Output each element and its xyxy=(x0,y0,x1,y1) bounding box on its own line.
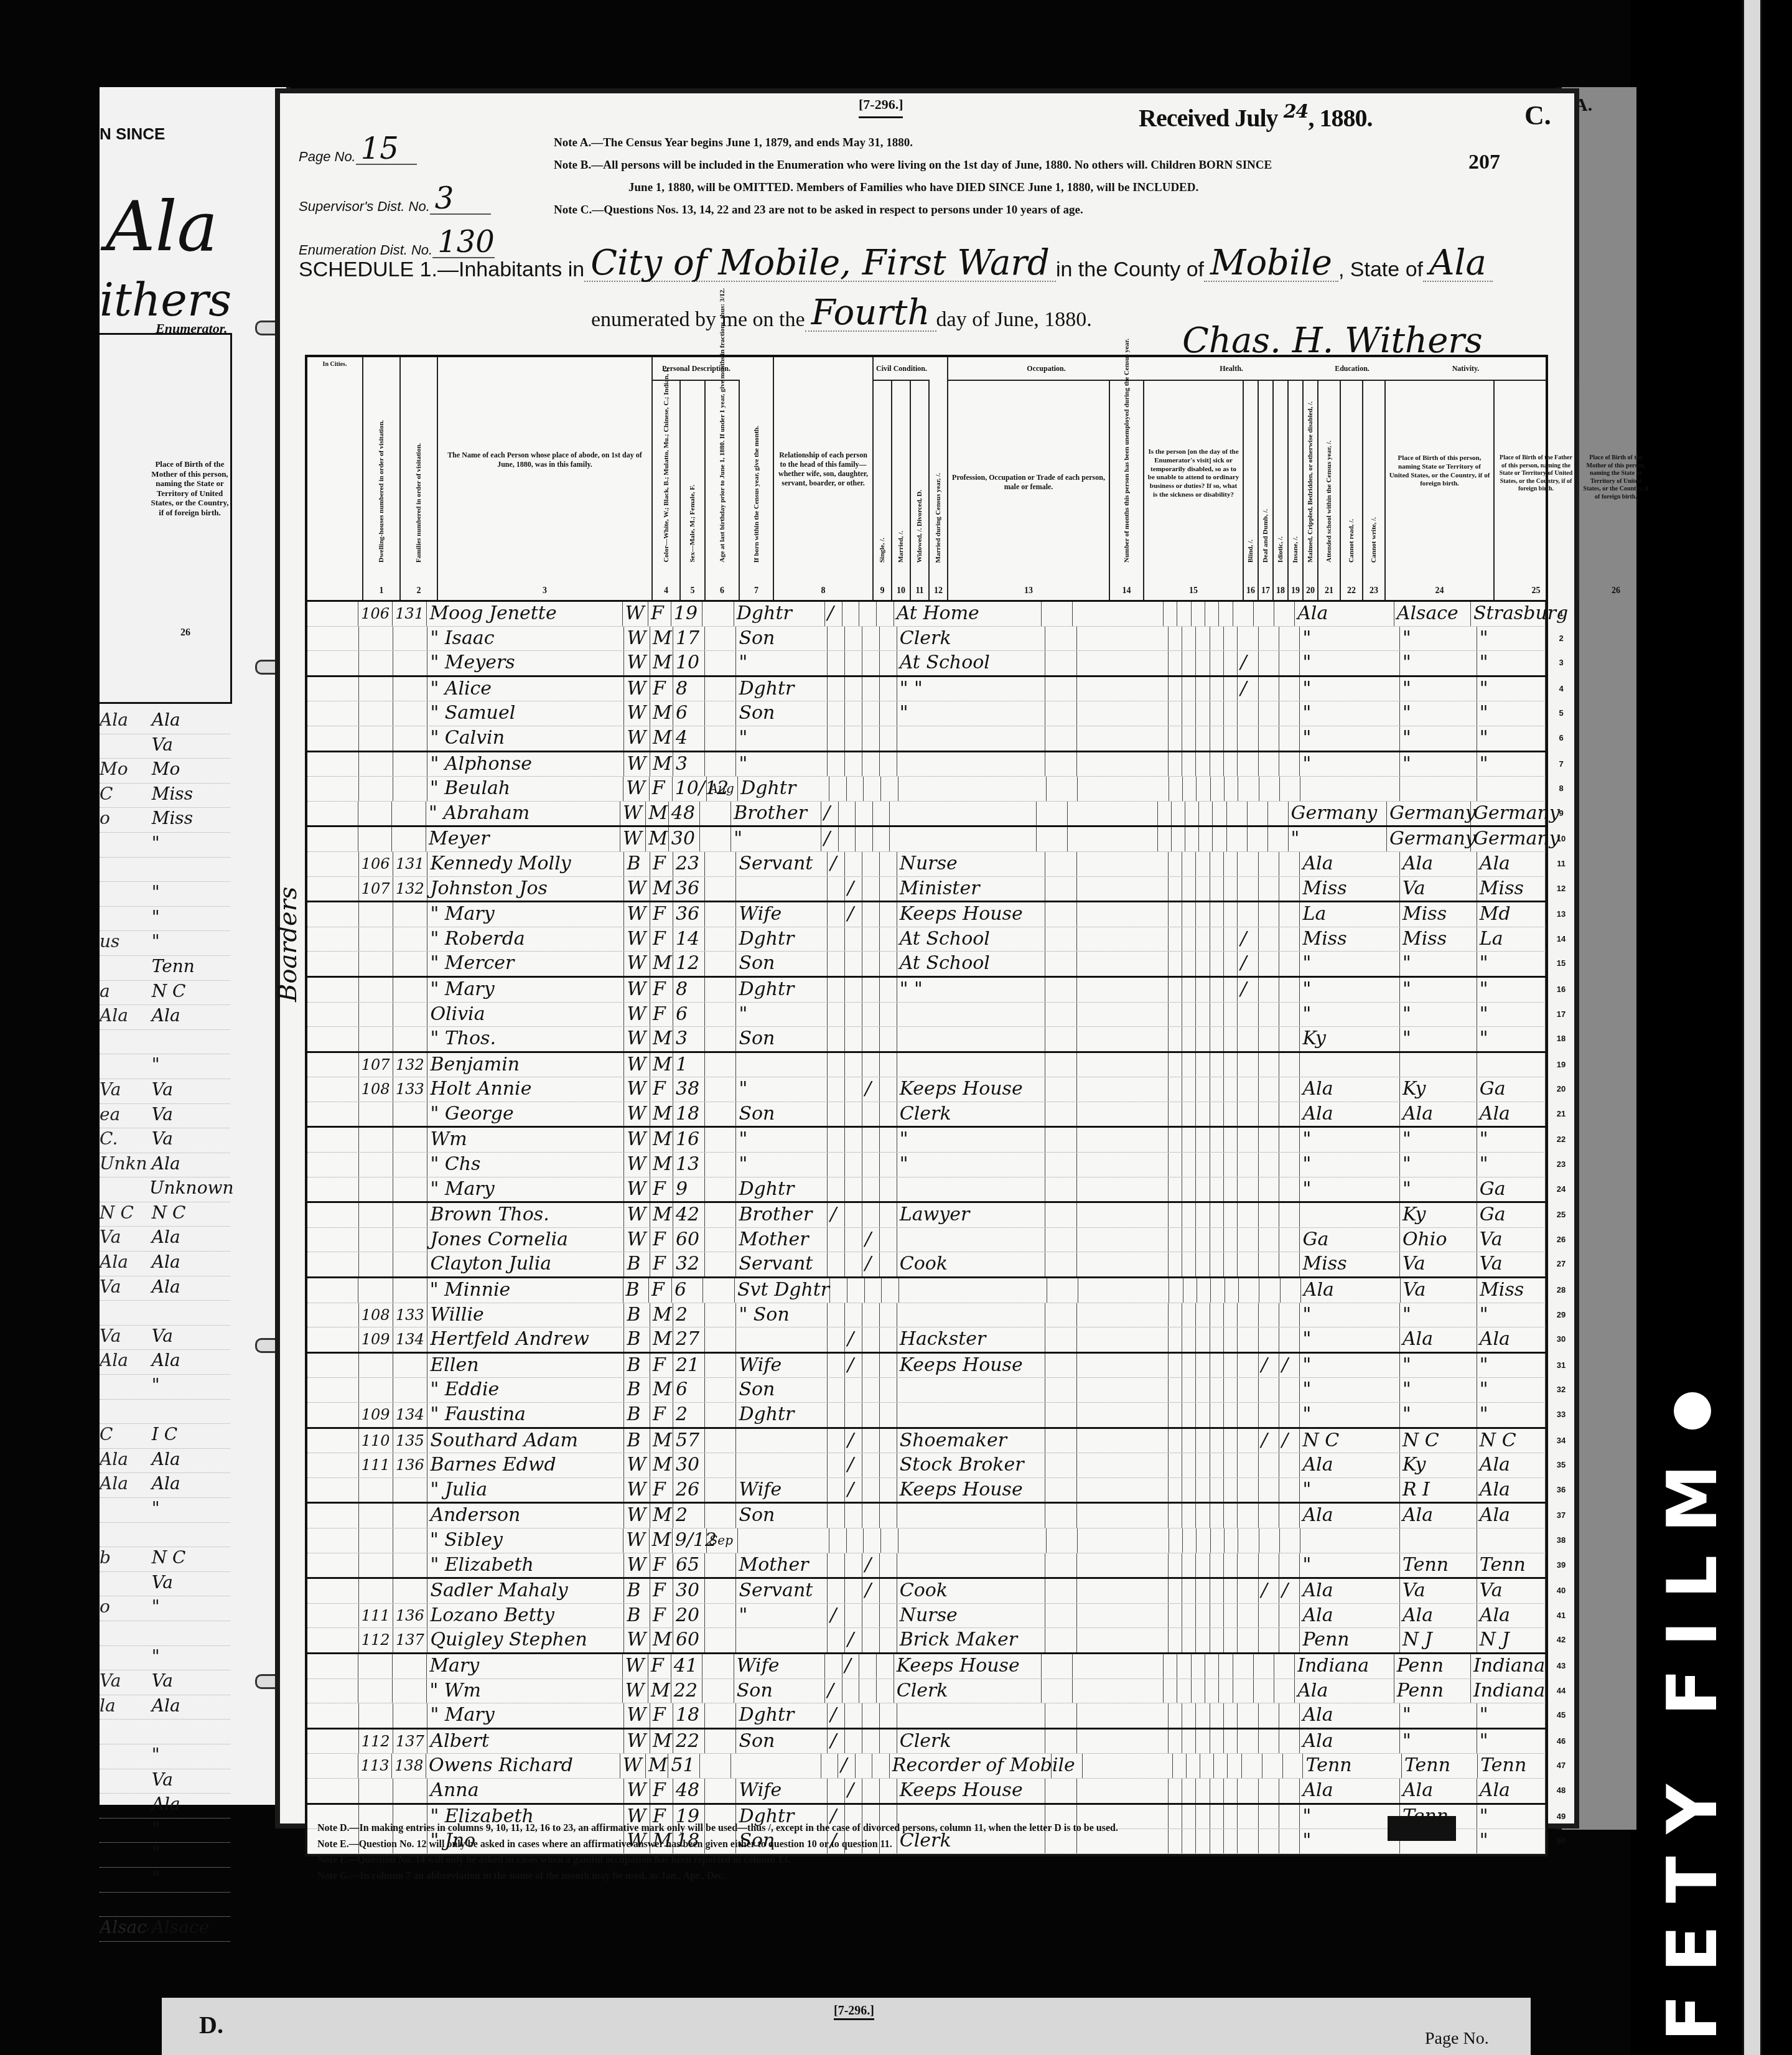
left-page-row xyxy=(100,1301,230,1326)
relationship-cell: " xyxy=(736,726,828,751)
father-birthplace-fragment xyxy=(100,833,148,857)
mother-birthplace-cell: " xyxy=(148,1375,230,1399)
father-birthplace-cell: " xyxy=(1400,1378,1477,1402)
family-number-cell xyxy=(393,677,427,701)
father-birthplace-fragment xyxy=(100,1572,148,1596)
widowed-cell xyxy=(859,1679,877,1703)
birthplace-cell: " xyxy=(1300,1354,1400,1378)
mother-birthplace-cell: I C xyxy=(148,1424,230,1448)
married-census-year-cell xyxy=(877,1679,894,1703)
blind-cell xyxy=(1169,1378,1182,1402)
single-cell xyxy=(828,1027,845,1051)
blind-cell xyxy=(1169,701,1182,726)
dwelling-number-cell xyxy=(358,1278,393,1303)
occupation-cell: " xyxy=(897,1153,1045,1177)
birth-month-cell xyxy=(705,1102,737,1126)
married-cell xyxy=(845,1303,862,1327)
cannot-read-cell xyxy=(1259,1779,1279,1803)
supervisor-district-field: Supervisor's Dist. No. 3 xyxy=(299,184,491,215)
blind-cell xyxy=(1164,1679,1177,1703)
attended-school-cell xyxy=(1238,1102,1258,1126)
married-census-year-cell xyxy=(881,1528,898,1553)
unemployed-cell xyxy=(1045,1579,1077,1603)
age-cell: 14 xyxy=(673,927,705,952)
col-3-num: 3 xyxy=(438,586,651,596)
col-13-label: Profession, Occupation or Trade of each … xyxy=(951,473,1106,492)
age-cell: 30 xyxy=(669,827,700,851)
occupation-cell: Recorder of Mobile xyxy=(890,1754,1052,1778)
insane-cell xyxy=(1210,1053,1224,1077)
cannot-read-cell xyxy=(1259,777,1280,801)
married-census-year-cell xyxy=(880,1604,897,1628)
deaf-cell xyxy=(1182,1429,1196,1453)
mother-birthplace-cell: " xyxy=(148,931,230,955)
family-number-cell xyxy=(393,1553,427,1578)
mother-birthplace-cell: Tenn xyxy=(1478,1754,1546,1778)
maimed-cell xyxy=(1224,1429,1238,1453)
col-maimed: Maimed, Crippled, Bedridden, or otherwis… xyxy=(1304,380,1318,600)
birthplace-cell: " xyxy=(1300,1478,1400,1502)
color-cell: W xyxy=(624,1779,650,1803)
dwelling-number-cell: 107 xyxy=(359,1053,393,1077)
birth-month-cell xyxy=(705,1703,737,1728)
birth-month-cell xyxy=(705,1429,737,1453)
attended-school-cell xyxy=(1238,1478,1258,1502)
family-number-cell: 136 xyxy=(393,1604,427,1628)
idiotic-cell xyxy=(1196,726,1210,751)
place-value: City of Mobile, First Ward xyxy=(584,246,1056,282)
col-4-label: Color—White, W.; Black, B.; Mulatto, Mu.… xyxy=(663,368,670,563)
birth-month-cell xyxy=(705,1478,737,1502)
sickness-cell xyxy=(1077,852,1169,876)
table-row: 107132BenjaminWM119 xyxy=(307,1053,1546,1078)
married-cell xyxy=(842,602,860,626)
col-22-num: 22 xyxy=(1341,586,1362,596)
color-cell: W xyxy=(624,1228,650,1252)
col-20-num: 20 xyxy=(1304,586,1317,596)
mother-birthplace-cell: " xyxy=(1477,1378,1546,1402)
name-cell: " Alice xyxy=(427,677,624,701)
attended-school-cell xyxy=(1238,902,1258,927)
insane-cell xyxy=(1210,877,1224,901)
insane-cell xyxy=(1210,701,1224,726)
col-12-label: Married during Census year, /. xyxy=(935,473,942,563)
maimed-cell xyxy=(1224,927,1238,952)
attended-school-cell xyxy=(1238,1528,1259,1553)
next-page-label: Page No. xyxy=(1425,2029,1489,2049)
father-birthplace-fragment: Ala xyxy=(100,1350,148,1374)
maimed-cell xyxy=(1224,1177,1238,1202)
name-cell: " Alphonse xyxy=(427,752,624,777)
single-cell: / xyxy=(821,827,839,851)
blind-cell xyxy=(1169,1252,1182,1276)
occupation-cell: " xyxy=(897,701,1045,726)
line-number: 17 xyxy=(1552,1003,1570,1026)
street-cell xyxy=(307,627,359,651)
cannot-write-cell xyxy=(1280,1528,1300,1553)
age-cell: 6 xyxy=(673,701,705,726)
single-cell xyxy=(828,1153,845,1177)
married-census-year-cell xyxy=(880,677,897,701)
table-row: EllenBF21Wife/Keeps House//"""31 xyxy=(307,1354,1546,1379)
name-cell: Lozano Betty xyxy=(427,1604,624,1628)
col-sex: Sex—Male, M.; Female, F. 5 xyxy=(681,380,706,600)
dwelling-number-cell: 113 xyxy=(358,1754,393,1778)
attended-school-cell xyxy=(1238,726,1258,751)
blind-cell xyxy=(1169,1579,1182,1603)
left-page-row xyxy=(100,1400,230,1425)
mother-birthplace-cell: Ala xyxy=(148,1794,230,1818)
color-cell: W xyxy=(620,827,646,851)
married-census-year-cell xyxy=(880,1354,897,1378)
relationship-cell: " xyxy=(736,1128,828,1152)
cannot-read-cell xyxy=(1259,877,1279,901)
age-cell: 10/12 xyxy=(673,777,707,801)
dwelling-number-cell xyxy=(359,1153,393,1177)
col-9-label: Single, /. xyxy=(879,538,886,563)
father-birthplace-cell: Tenn xyxy=(1400,1553,1477,1578)
sex-cell: M xyxy=(650,877,673,901)
table-row: " MaryWF36Wife/Keeps HouseLaMissMd13 xyxy=(307,902,1546,927)
line-number: 41 xyxy=(1552,1604,1570,1627)
occupation-cell: Keeps House xyxy=(897,1354,1045,1378)
county-label: in the County of xyxy=(1056,258,1204,282)
street-cell xyxy=(307,1252,359,1276)
insane-cell xyxy=(1210,1027,1224,1051)
married-cell xyxy=(847,777,864,801)
street-cell xyxy=(307,952,359,976)
father-birthplace-fragment: a xyxy=(100,981,148,1005)
note-a: Note A.—The Census Year begins June 1, 1… xyxy=(554,132,1462,154)
left-page-row: Va xyxy=(100,734,230,759)
widowed-cell xyxy=(862,1504,880,1528)
blind-cell xyxy=(1169,1077,1182,1102)
family-number-cell xyxy=(393,651,427,675)
relationship-cell: Wife xyxy=(736,1779,828,1803)
name-cell: Albert xyxy=(427,1730,624,1754)
insane-cell xyxy=(1210,1327,1224,1352)
cannot-write-cell xyxy=(1279,1478,1300,1502)
mother-birthplace-cell xyxy=(148,1030,230,1054)
married-cell: / xyxy=(845,1628,862,1652)
name-cell: Anderson xyxy=(427,1504,624,1528)
line-number: 2 xyxy=(1552,627,1570,650)
age-cell: 13 xyxy=(673,1153,705,1177)
line-number: 37 xyxy=(1552,1504,1570,1527)
insane-cell xyxy=(1210,1403,1224,1427)
father-birthplace-fragment xyxy=(100,1769,148,1794)
mother-birthplace-cell: Ala xyxy=(1477,1327,1546,1352)
cannot-write-cell xyxy=(1279,877,1300,901)
relationship-cell: Mother xyxy=(736,1553,828,1578)
family-number-cell xyxy=(392,827,426,851)
form-code: [7-296.] xyxy=(859,96,903,118)
cannot-read-cell xyxy=(1259,1604,1279,1628)
married-census-year-cell xyxy=(877,1654,894,1678)
blind-cell xyxy=(1169,1228,1182,1252)
line-number: 35 xyxy=(1552,1453,1570,1477)
unemployed-cell xyxy=(1052,1754,1083,1778)
birthplace-cell: Penn xyxy=(1300,1628,1400,1652)
married-census-year-cell xyxy=(880,978,897,1002)
line-number: 11 xyxy=(1552,852,1570,876)
father-birthplace-fragment xyxy=(100,858,148,882)
insane-cell xyxy=(1210,651,1224,675)
single-cell xyxy=(828,726,845,751)
dwelling-number-cell xyxy=(359,726,393,751)
mother-birthplace-cell xyxy=(148,1893,230,1917)
mother-birthplace-cell: Va xyxy=(148,1104,230,1128)
age-cell: 19 xyxy=(671,602,702,626)
table-row: 109134Hertfeld AndrewBM27/Hackster"AlaAl… xyxy=(307,1327,1546,1354)
insane-cell xyxy=(1210,1504,1224,1528)
note-f: Note F.—Question No. 14 will only be ask… xyxy=(317,1852,1437,1868)
received-year: , 1880. xyxy=(1308,104,1372,132)
family-number-cell: 132 xyxy=(393,877,427,901)
dwelling-number-cell xyxy=(359,627,393,651)
family-number-cell xyxy=(393,1177,427,1202)
relationship-cell: Brother xyxy=(731,802,821,826)
line-number: 26 xyxy=(1552,1228,1570,1252)
father-birthplace-fragment xyxy=(100,1498,148,1522)
cannot-write-cell xyxy=(1279,701,1300,726)
table-row: 111136Barnes EdwdWM30/Stock BrokerAlaKyA… xyxy=(307,1453,1546,1478)
left-page-row: Tenn xyxy=(100,956,230,981)
street-cell xyxy=(307,651,359,675)
single-cell: / xyxy=(821,802,839,826)
deaf-cell xyxy=(1182,978,1196,1002)
widowed-cell xyxy=(862,1128,880,1152)
street-cell xyxy=(307,1779,359,1803)
mother-birthplace-cell xyxy=(148,1301,230,1325)
cannot-write-cell xyxy=(1279,1453,1300,1477)
blind-cell xyxy=(1169,1354,1182,1378)
father-birthplace-cell: N C xyxy=(1400,1429,1477,1453)
married-cell xyxy=(845,701,862,726)
attended-school-cell xyxy=(1238,1228,1258,1252)
married-census-year-cell xyxy=(880,1403,897,1427)
deaf-cell xyxy=(1182,677,1196,701)
left-page-row: oMiss xyxy=(100,808,230,833)
occupation-cell: Brick Maker xyxy=(897,1628,1045,1652)
married-census-year-cell xyxy=(880,1478,897,1502)
family-number-cell: 135 xyxy=(393,1429,427,1453)
widowed-cell xyxy=(862,1153,880,1177)
father-birthplace-fragment: Va xyxy=(100,1079,148,1103)
cannot-write-cell xyxy=(1279,1228,1300,1252)
idiotic-cell xyxy=(1196,1203,1210,1227)
occupation-group: Occupation. xyxy=(948,357,1144,381)
widowed-cell xyxy=(862,1003,880,1027)
name-cell: " Elizabeth xyxy=(427,1553,624,1578)
birthplace-cell: " xyxy=(1300,726,1400,751)
occupation-cell xyxy=(899,1278,1047,1303)
cannot-write-cell xyxy=(1279,1203,1300,1227)
cannot-read-cell xyxy=(1259,726,1279,751)
col-month: If born within the Census year, give the… xyxy=(740,357,774,600)
married-cell xyxy=(845,1003,862,1027)
left-page-row: bN C xyxy=(100,1547,230,1572)
left-page-row: " xyxy=(100,833,230,858)
line-number: 45 xyxy=(1552,1703,1570,1727)
idiotic-cell xyxy=(1196,701,1210,726)
occupation-cell xyxy=(897,1403,1045,1427)
sickness-cell xyxy=(1077,927,1169,952)
occupation-cell: Cook xyxy=(897,1579,1045,1603)
insane-cell xyxy=(1210,1102,1224,1126)
next-page-form-code: [7-296.] xyxy=(834,2004,874,2020)
widowed-cell xyxy=(862,1327,880,1352)
table-row: 112137Quigley StephenWM60/Brick MakerPen… xyxy=(307,1628,1546,1654)
street-cell xyxy=(307,1528,359,1553)
cannot-read-cell xyxy=(1248,802,1268,826)
birthplace-cell: " xyxy=(1300,677,1400,701)
family-number-cell xyxy=(393,752,427,777)
table-row: " CalvinWM4""""6 xyxy=(307,726,1546,752)
age-cell: 3 xyxy=(673,752,705,777)
color-cell: W xyxy=(624,978,650,1002)
col-single: Single, /. 9 xyxy=(874,380,892,600)
single-cell xyxy=(828,877,845,901)
supervisor-value: 3 xyxy=(430,184,491,215)
father-birthplace-fragment: C xyxy=(100,784,148,808)
age-cell: 18 xyxy=(673,1102,705,1126)
unemployed-cell xyxy=(1045,1027,1077,1051)
note-b-cont: June 1, 1880, will be OMITTED. Members o… xyxy=(554,177,1462,199)
unemployed-cell xyxy=(1045,1327,1077,1352)
name-cell: Anna xyxy=(427,1779,624,1803)
census-page: [7-296.] Received July 24, 1880. C. 207 … xyxy=(280,93,1574,1823)
married-cell xyxy=(845,1504,862,1528)
cannot-read-cell xyxy=(1259,1053,1279,1077)
sex-cell: M xyxy=(650,651,673,675)
dwelling-number-cell xyxy=(358,1679,393,1703)
deaf-cell xyxy=(1177,1679,1191,1703)
relationship-cell: " xyxy=(736,1604,828,1628)
cannot-write-cell xyxy=(1279,1703,1300,1728)
maimed-cell xyxy=(1219,1654,1233,1678)
married-cell xyxy=(845,1177,862,1202)
single-cell xyxy=(828,1003,845,1027)
left-page-row: C.Va xyxy=(100,1128,230,1153)
cannot-read-cell xyxy=(1259,1478,1279,1502)
idiotic-cell xyxy=(1197,1528,1210,1553)
age-cell: 10 xyxy=(673,651,705,675)
col-attended-school: Attended school within the Census year, … xyxy=(1318,380,1341,600)
birth-month-cell xyxy=(705,1403,737,1427)
sickness-cell xyxy=(1077,1703,1169,1728)
cannot-write-cell xyxy=(1279,852,1300,876)
insane-cell xyxy=(1205,602,1219,626)
birthplace-cell: Ga xyxy=(1300,1228,1400,1252)
widowed-cell xyxy=(862,1102,880,1126)
relationship-cell: Son xyxy=(736,1730,828,1754)
occupation-cell xyxy=(898,1528,1047,1553)
mother-birthplace-cell: Ala xyxy=(1477,1604,1546,1628)
widowed-cell xyxy=(856,802,873,826)
married-census-year-cell xyxy=(880,1703,897,1728)
deaf-cell xyxy=(1182,852,1196,876)
single-cell: / xyxy=(828,1703,845,1728)
mother-birthplace-cell: Ala xyxy=(148,1153,230,1177)
color-cell: W xyxy=(623,1528,650,1553)
family-number-cell xyxy=(393,902,427,927)
father-birthplace-fragment xyxy=(100,1868,148,1892)
birthplace-cell: Ala xyxy=(1301,1278,1401,1303)
birth-month-cell xyxy=(705,927,737,952)
mother-birthplace-cell: Ala xyxy=(1477,1453,1546,1477)
line-number: 23 xyxy=(1552,1153,1570,1176)
cannot-read-cell xyxy=(1259,1303,1279,1327)
birth-month-cell xyxy=(705,1053,737,1077)
attended-school-cell xyxy=(1238,777,1259,801)
cannot-write-cell xyxy=(1279,677,1300,701)
married-cell: / xyxy=(845,877,862,901)
attended-school-cell xyxy=(1227,802,1248,826)
color-cell: W xyxy=(623,1679,648,1703)
line-number: 42 xyxy=(1552,1628,1570,1652)
color-cell: W xyxy=(624,1102,650,1126)
unemployed-cell xyxy=(1045,952,1077,976)
married-cell xyxy=(845,726,862,751)
line-number: 25 xyxy=(1552,1203,1570,1227)
left-page-row: us" xyxy=(100,931,230,956)
relationship-cell: Son xyxy=(736,1027,828,1051)
unemployed-cell xyxy=(1045,1303,1077,1327)
insane-cell xyxy=(1199,827,1213,851)
name-cell: Jones Cornelia xyxy=(427,1228,624,1252)
single-cell xyxy=(828,1579,845,1603)
occupation-cell xyxy=(897,1053,1045,1077)
mother-birthplace-cell: " xyxy=(1477,701,1546,726)
sickness-cell xyxy=(1077,1303,1169,1327)
col-deaf: Deaf and Dumb, /. 17 xyxy=(1259,380,1274,600)
birth-month-cell xyxy=(705,752,737,777)
sex-cell: M xyxy=(650,1628,673,1652)
unemployed-cell xyxy=(1042,1654,1073,1678)
sex-cell: M xyxy=(650,952,673,976)
deaf-cell xyxy=(1182,1703,1196,1728)
deaf-cell xyxy=(1172,802,1185,826)
maimed-cell xyxy=(1213,802,1226,826)
table-row: MaryWF41Wife/Keeps HouseIndianaPennIndia… xyxy=(307,1654,1546,1679)
widowed-cell xyxy=(862,1779,880,1803)
idiotic-cell xyxy=(1196,1153,1210,1177)
color-cell: W xyxy=(624,952,650,976)
street-cell xyxy=(307,701,359,726)
sex-cell: M xyxy=(650,752,673,777)
maimed-cell xyxy=(1224,1504,1238,1528)
father-birthplace-fragment: N C xyxy=(100,1202,148,1227)
sickness-cell xyxy=(1077,627,1169,651)
col-12-num: 12 xyxy=(930,586,947,596)
widowed-cell: / xyxy=(862,1077,880,1102)
name-cell: " Minnie xyxy=(427,1278,623,1303)
age-cell: 4 xyxy=(673,726,705,751)
cannot-write-cell xyxy=(1279,1378,1300,1402)
attended-school-cell xyxy=(1238,752,1258,777)
married-census-year-cell xyxy=(880,1553,897,1578)
father-birthplace-cell xyxy=(1400,1528,1477,1553)
dwelling-number-cell xyxy=(359,752,393,777)
mother-birthplace-cell: Tenn xyxy=(1477,1553,1546,1578)
married-census-year-cell xyxy=(880,1730,897,1754)
sex-cell: M xyxy=(650,1203,673,1227)
birthplace-cell: Ala xyxy=(1300,1703,1400,1728)
deaf-cell xyxy=(1182,1403,1196,1427)
color-cell: B xyxy=(624,1579,650,1603)
col-21-num: 21 xyxy=(1318,586,1340,596)
